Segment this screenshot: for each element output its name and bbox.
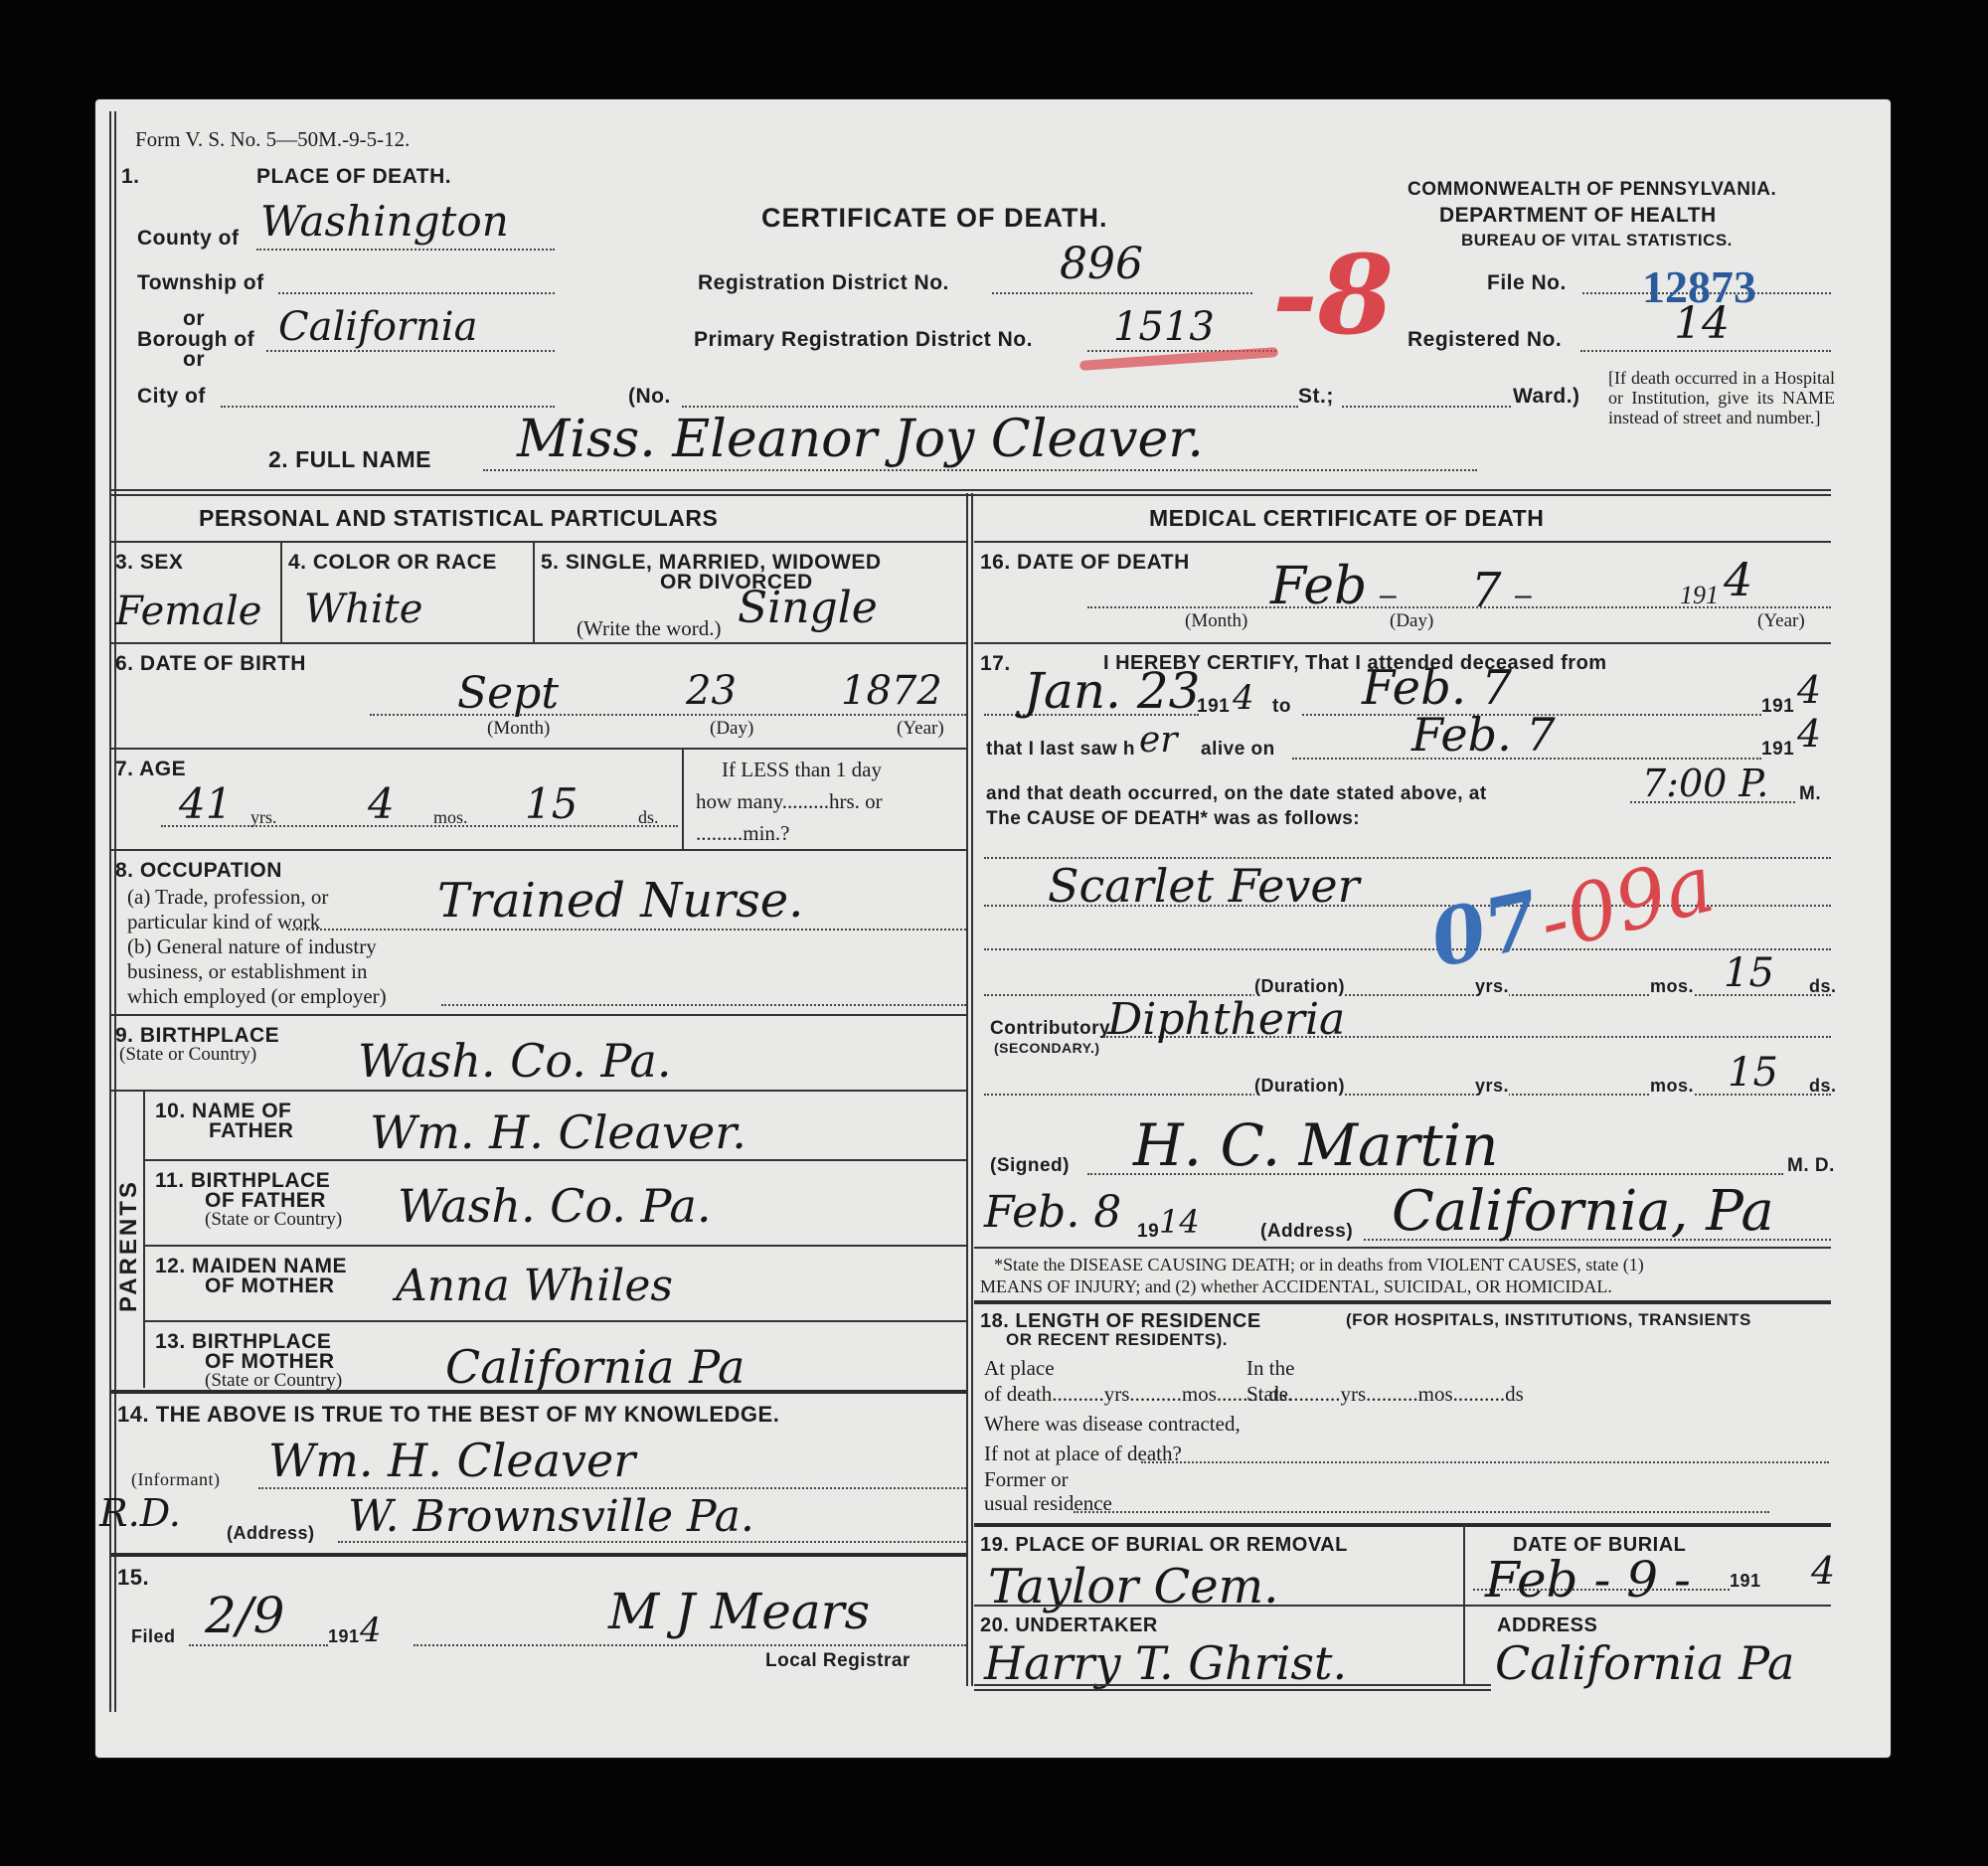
signed-year-prefix: 19 (1137, 1221, 1159, 1243)
marital-status-value: Single (738, 583, 878, 633)
occupation-b-line2: business, or establishment in (127, 959, 367, 984)
certification-number: 17. (980, 652, 1011, 676)
local-registrar-label: Local Registrar (765, 1650, 911, 1672)
mother-name-label-2: OF MOTHER (205, 1274, 335, 1298)
dob-month: Sept (457, 668, 559, 719)
am-pm-label: M. (1799, 783, 1821, 805)
occupation-b-line1: (b) General nature of industry (127, 934, 377, 959)
age-years: 41 (179, 779, 232, 828)
date-of-birth-label: 6. DATE OF BIRTH (115, 652, 306, 676)
issuer-department: DEPARTMENT OF HEALTH (1439, 204, 1717, 228)
in-state-label: In the (1246, 1356, 1294, 1381)
informant-address-value: W. Brownsville Pa. (348, 1491, 754, 1542)
informant-address-label: (Address) (227, 1523, 315, 1544)
burial-year-prefix: 191 (1730, 1571, 1761, 1592)
father-name-label-2: FATHER (209, 1119, 293, 1143)
father-birthplace-sub: (State or Country) (205, 1209, 342, 1231)
city-label: City of (137, 385, 206, 409)
dob-year-caption: (Year) (897, 718, 944, 740)
cause-duration-days: 15 (1724, 950, 1774, 996)
filed-year-suffix: 4 (360, 1611, 382, 1650)
last-saw-year-prefix: 191 (1761, 739, 1794, 761)
father-birthplace-value: Wash. Co. Pa. (398, 1179, 711, 1233)
or-label-2: or (183, 348, 205, 372)
dob-day: 23 (686, 668, 737, 714)
cause-footnote-line2: MEANS OF INJURY; and (2) whether ACCIDEN… (980, 1276, 1612, 1297)
dod-year-prefix: 191 (1680, 581, 1719, 610)
file-number-label: File No. (1487, 271, 1567, 295)
county-value: Washington (260, 197, 509, 246)
primary-district-label: Primary Registration District No. (694, 328, 1033, 352)
place-of-death-heading: PLACE OF DEATH. (256, 165, 451, 189)
signed-date: Feb. 8 (984, 1187, 1121, 1238)
last-saw-label: that I last saw h (986, 739, 1135, 761)
undertaker-address-value: California Pa (1495, 1636, 1794, 1690)
md-label: M. D. (1787, 1155, 1835, 1177)
filed-label: Filed (131, 1626, 176, 1647)
physician-address-label: (Address) (1260, 1221, 1353, 1243)
attended-to-year-prefix: 191 (1761, 696, 1794, 718)
contributory-label: Contributory (990, 1018, 1110, 1040)
contributory-duration-days: 15 (1728, 1050, 1778, 1096)
mother-name-value: Anna Whiles (396, 1261, 673, 1311)
registered-number-label: Registered No. (1408, 328, 1562, 352)
less-than-day-1: If LESS than 1 day (722, 758, 882, 782)
signed-label: (Signed) (990, 1155, 1070, 1177)
age-years-unit: yrs. (250, 807, 277, 828)
column-divider (966, 493, 973, 1686)
less-than-day-3: .........min.? (696, 821, 790, 846)
residence-heading-note-2: OR RECENT RESIDENTS). (1006, 1330, 1228, 1350)
residence-heading-note: (FOR HOSPITALS, INSTITUTIONS, TRANSIENTS (1346, 1310, 1751, 1330)
registered-number-value: 14 (1674, 298, 1730, 349)
less-than-day-2: how many.........hrs. or (696, 789, 883, 814)
age-months-unit: mos. (433, 807, 468, 828)
age-label: 7. AGE (115, 758, 186, 781)
township-label: Township of (137, 271, 264, 295)
secondary-label: (SECONDARY.) (994, 1040, 1100, 1056)
occupation-value: Trained Nurse. (437, 873, 803, 929)
dob-month-caption: (Month) (487, 718, 550, 740)
birthplace-value: Wash. Co. Pa. (358, 1034, 671, 1088)
form-number: Form V. S. No. 5—50M.-9-5-12. (135, 127, 410, 152)
dod-year-suffix: 4 (1724, 553, 1752, 606)
hospital-note: [If death occurred in a Hospital or Inst… (1608, 368, 1835, 427)
birthplace-sub: (State or Country) (119, 1044, 256, 1066)
occupation-b-line3: which employed (or employer) (127, 984, 387, 1009)
dod-day: 7 (1471, 563, 1502, 618)
red-pencil-annotation: -8 (1272, 231, 1394, 359)
borough-value: California (278, 304, 477, 350)
burial-year-suffix: 4 (1811, 1549, 1835, 1593)
sex-value: Female (115, 589, 261, 634)
county-label: County of (137, 227, 239, 251)
certificate-title: CERTIFICATE OF DEATH. (761, 203, 1107, 234)
left-border (109, 111, 116, 1712)
at-place-label: At place (984, 1356, 1055, 1381)
registration-district-value: 896 (1060, 239, 1143, 289)
cause-of-death-label: The CAUSE OF DEATH* was as follows: (986, 808, 1360, 830)
physician-address-value: California, Pa (1392, 1179, 1774, 1244)
registration-district-label: Registration District No. (698, 271, 949, 295)
dob-day-caption: (Day) (710, 718, 753, 740)
cause-duration-mos: mos. (1650, 976, 1694, 997)
undertaker-label: 20. UNDERTAKER (980, 1614, 1158, 1637)
filed-date-value: 2/9 (205, 1587, 284, 1644)
cause-duration-ds: ds. (1809, 976, 1837, 997)
undertaker-value: Harry T. Ghrist. (984, 1636, 1347, 1690)
street-number-label: (No. (628, 385, 671, 409)
parents-side-label: PARENTS (115, 1179, 143, 1312)
personal-particulars-heading: PERSONAL AND STATISTICAL PARTICULARS (199, 505, 718, 532)
alive-on-label: alive on (1201, 739, 1275, 761)
street-label: St.; (1298, 385, 1334, 409)
medical-certificate-heading: MEDICAL CERTIFICATE OF DEATH (1149, 505, 1544, 532)
attended-from-year-prefix: 191 (1197, 696, 1230, 718)
occupation-a-line2: particular kind of work (127, 910, 320, 934)
dod-day-caption: (Day) (1390, 610, 1433, 632)
undertaker-address-label: ADDRESS (1497, 1614, 1597, 1637)
attended-from-year-suffix: 4 (1233, 678, 1254, 718)
last-saw-pronoun: er (1139, 720, 1178, 761)
occupation-label: 8. OCCUPATION (115, 859, 282, 883)
dob-year: 1872 (841, 668, 942, 714)
dod-month-caption: (Month) (1185, 610, 1247, 632)
issuer-commonwealth: COMMONWEALTH OF PENNSYLVANIA. (1408, 179, 1776, 201)
in-state-duration: State..........yrs..........mos.........… (1246, 1382, 1524, 1407)
full-name-label: 2. FULL NAME (268, 446, 431, 473)
local-registrar-signature: M J Mears (608, 1583, 870, 1640)
contributory-duration-label: (Duration) (1254, 1076, 1345, 1097)
time-of-death: 7:00 P. (1642, 762, 1768, 805)
issuer-bureau: BUREAU OF VITAL STATISTICS. (1461, 231, 1733, 251)
cause-footnote-line1: *State the DISEASE CAUSING DEATH; or in … (994, 1255, 1644, 1275)
contributory-duration-mos: mos. (1650, 1076, 1694, 1097)
rural-delivery-note: R.D. (99, 1491, 181, 1535)
age-days: 15 (525, 779, 578, 828)
race-value: White (304, 587, 422, 632)
last-saw-date: Feb. 7 (1411, 708, 1556, 762)
father-name-value: Wm. H. Cleaver. (370, 1105, 746, 1159)
signed-year-suffix: 14 (1159, 1203, 1200, 1241)
burial-date-value: Feb - 9 - (1485, 1551, 1691, 1609)
informant-heading: 14. THE ABOVE IS TRUE TO THE BEST OF MY … (117, 1402, 779, 1428)
contributory-value: Diphtheria (1107, 994, 1345, 1045)
informant-label: (Informant) (131, 1469, 220, 1490)
primary-district-value: 1513 (1113, 304, 1215, 350)
age-months: 4 (368, 779, 395, 828)
last-saw-year-suffix: 4 (1797, 712, 1821, 756)
marital-hint: (Write the word.) (577, 616, 722, 641)
race-label: 4. COLOR OR RACE (288, 551, 497, 575)
full-name-value: Miss. Eleanor Joy Cleaver. (517, 410, 1204, 469)
attended-to-label: to (1272, 696, 1291, 718)
ward-label: Ward.) (1513, 385, 1580, 409)
age-days-unit: ds. (638, 807, 659, 828)
physician-signature: H. C. Martin (1133, 1111, 1499, 1179)
occupation-a-line1: (a) Trade, profession, or (127, 885, 328, 910)
section-1-number: 1. (121, 165, 140, 189)
dod-year-caption: (Year) (1757, 610, 1805, 632)
date-of-death-label: 16. DATE OF DEATH (980, 551, 1190, 575)
cause-duration-yrs: yrs. (1475, 976, 1509, 997)
informant-value: Wm. H. Cleaver (268, 1434, 635, 1487)
filed-year-prefix: 191 (328, 1626, 360, 1647)
death-occurred-label: and that death occurred, on the date sta… (986, 783, 1487, 805)
sex-label: 3. SEX (115, 551, 183, 575)
contributory-duration-ds: ds. (1809, 1076, 1837, 1097)
former-residence-label: Former or (984, 1467, 1069, 1492)
contributory-duration-yrs: yrs. (1475, 1076, 1509, 1097)
attended-from-date: Jan. 23 (1024, 662, 1200, 720)
dod-month: Feb (1270, 557, 1367, 616)
section-15-number: 15. (117, 1565, 149, 1591)
mother-birthplace-sub: (State or Country) (205, 1370, 342, 1392)
mother-birthplace-value: California Pa (445, 1340, 745, 1394)
disease-contracted-label: Where was disease contracted, (984, 1412, 1241, 1437)
attended-to-year-suffix: 4 (1797, 668, 1821, 712)
burial-place-label: 19. PLACE OF BURIAL OR REMOVAL (980, 1534, 1348, 1557)
